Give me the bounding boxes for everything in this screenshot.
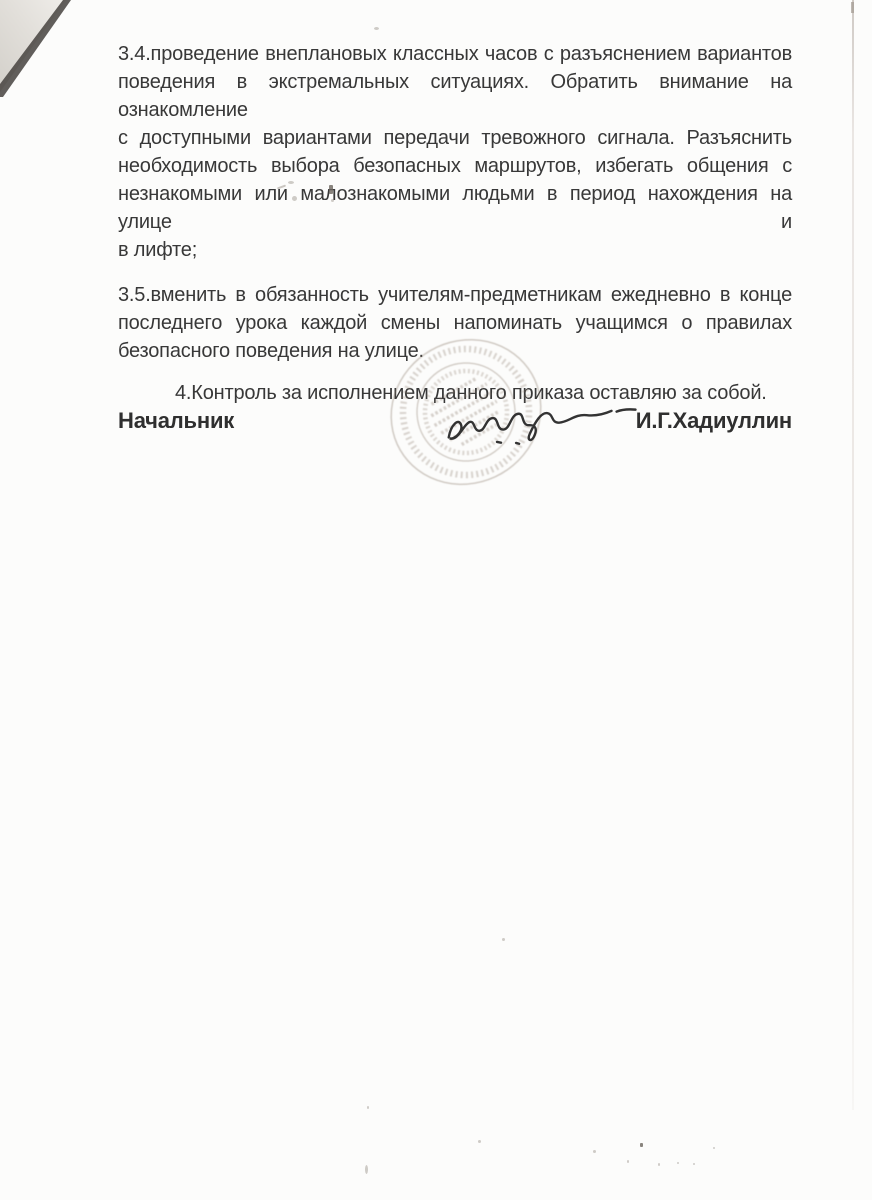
scan-smudge: [292, 196, 297, 201]
signatory-name: И.Г.Хадиуллин: [636, 408, 792, 434]
scan-speck: [502, 938, 505, 941]
text-line: незнакомыми или малознакомыми людьми в п…: [118, 180, 792, 236]
paragraph-clause-3-4: 3.4.проведение внеплановых классных часо…: [118, 40, 792, 264]
scan-crease-line: [852, 0, 854, 1110]
text-line: с доступными вариантами передачи тревожн…: [118, 124, 792, 152]
scan-speck: [677, 1162, 679, 1164]
scan-speck: [713, 1147, 715, 1149]
scan-speck: [627, 1160, 629, 1163]
scanned-document-page: 3.4.проведение внеплановых классных часо…: [0, 0, 872, 1200]
scan-speck: [367, 1106, 369, 1109]
text-line: 3.4.проведение внеплановых классных часо…: [118, 40, 792, 68]
text-line: поведения в экстремальных ситуациях. Обр…: [118, 68, 792, 124]
scan-speck: [374, 27, 379, 30]
text-line: 3.5.вменить в обязанность учителям-предм…: [118, 281, 792, 309]
text-line: в лифте;: [118, 236, 792, 264]
scan-speck: [478, 1140, 481, 1143]
page-corner-fold: [0, 0, 110, 110]
text-line: необходимость выбора безопасных маршруто…: [118, 152, 792, 180]
scan-speck: [365, 1165, 368, 1174]
scan-smudge: [288, 181, 294, 184]
scan-smudge: [331, 199, 334, 202]
scan-smudge: [329, 185, 333, 194]
signature-block: Начальник И.Г.Хадиуллин: [118, 408, 792, 434]
scan-speck: [693, 1163, 695, 1165]
scan-crease-tick: [851, 2, 854, 13]
scan-speck: [658, 1163, 660, 1166]
scan-speck: [640, 1143, 643, 1147]
signatory-role: Начальник: [118, 408, 234, 434]
scan-speck: [593, 1150, 596, 1153]
